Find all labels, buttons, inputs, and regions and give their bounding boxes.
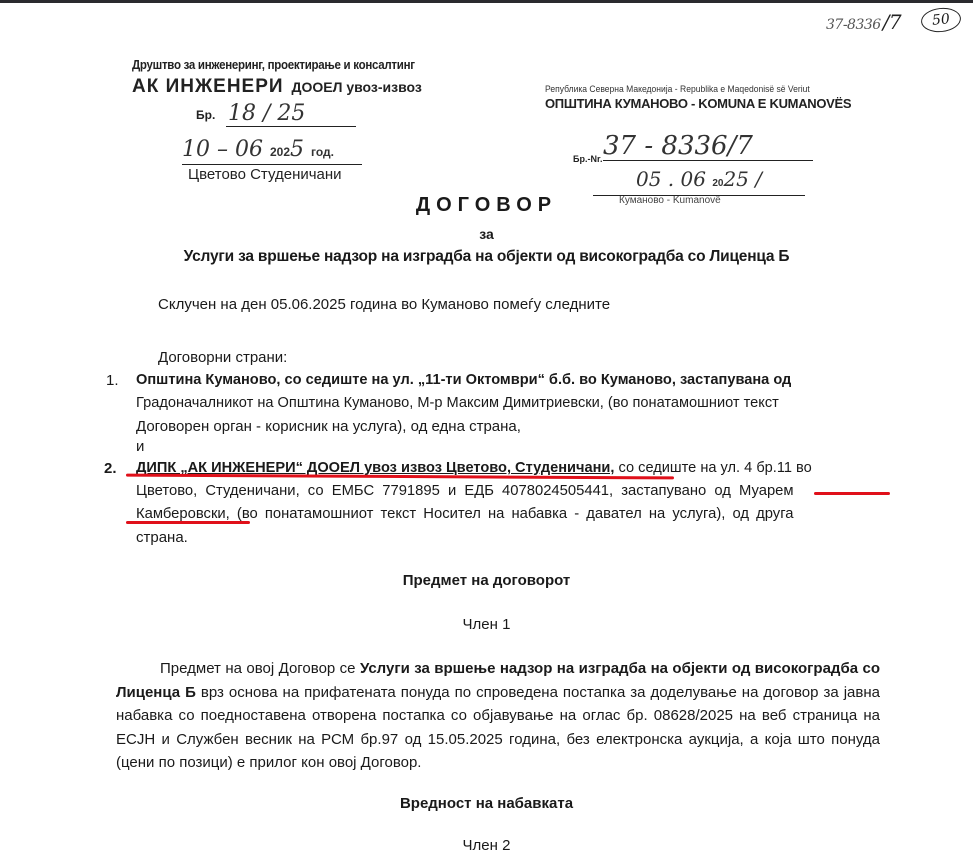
municipality-stamp: Република Северна Македонија - Republika… <box>545 84 845 111</box>
section1-heading: Предмет на договорот <box>0 569 973 592</box>
municipality-stamp-name: ОПШТИНА КУМАНОВО - KOMUNA E KUMANOVËS <box>545 96 845 111</box>
municipality-stamp-no-label: Бр.-Nr. <box>573 154 602 164</box>
party1-line2: Градоначалникот на Општина Куманово, М-р… <box>136 392 779 415</box>
concluded-statement: Склучен на ден 05.06.2025 година во Кума… <box>158 293 610 316</box>
company-stamp-place: Цветово Студеничани <box>188 166 342 183</box>
party2-line2: Цветово, Студеничани, со ЕМБС 7791895 и … <box>136 480 794 503</box>
company-stamp-year-label: год. <box>311 145 334 159</box>
article1-rest: врз основа на прифатената понуда по спро… <box>116 684 880 772</box>
red-underline-representative-last <box>126 521 250 524</box>
section1-article: Член 1 <box>0 613 973 636</box>
handwritten-ref-number: 37-8336 <box>826 17 881 33</box>
article1-body: Предмет на овој Договор се Услуги за врш… <box>116 657 880 775</box>
parties-label: Договорни страни: <box>158 346 287 369</box>
party1-line3: Договорен орган - корисник на услуга), о… <box>136 415 521 438</box>
and-connector: и <box>136 435 144 458</box>
company-stamp-reg-label: Бр. <box>196 108 215 122</box>
company-stamp-date: 10 – 06 2025 год. <box>182 138 362 165</box>
municipality-stamp-year-prefix: 20 <box>712 178 723 189</box>
page-number-circled: 50 <box>920 6 962 34</box>
top-frame-bar <box>0 0 973 3</box>
municipality-stamp-date-day-month: 05 . 06 <box>636 167 706 191</box>
company-stamp-year-suffix: 5 <box>290 137 304 162</box>
red-underline-representative-first <box>814 492 890 495</box>
document-subject: Услуги за вршење надзор на изградба на о… <box>0 248 973 266</box>
company-stamp-date-day-month: 10 – 06 <box>182 137 263 162</box>
municipality-stamp-year-suffix: 25 <box>723 167 748 191</box>
municipality-stamp-country: Република Северна Македонија - Republika… <box>545 84 830 94</box>
municipality-stamp-date: 05 . 06 2025 / <box>593 168 805 196</box>
party1-number: 1. <box>106 369 119 392</box>
party2-line4: страна. <box>136 526 188 549</box>
party2-number: 2. <box>104 457 117 480</box>
party1-name: Општина Куманово, со седиште на ул. „11-… <box>136 369 791 392</box>
company-stamp-name-suffix: ДООЕЛ увоз-извоз <box>292 79 422 95</box>
company-stamp-descriptor: Друштво за инженеринг, проектирање и кон… <box>132 58 408 72</box>
company-stamp-year-prefix: 202 <box>270 145 290 159</box>
article1-intro: Предмет на овој Договор се <box>160 660 360 677</box>
document-title: ДОГОВОР <box>0 194 973 217</box>
section2-article: Член 2 <box>0 834 973 857</box>
company-stamp-name: АК ИНЖЕНЕРИ <box>132 76 284 97</box>
municipality-stamp-no-value: 37 - 8336/7 <box>603 132 813 161</box>
company-stamp-reg-value: 18 / 25 <box>226 102 356 127</box>
handwritten-reference: 37-8336/7 <box>826 10 901 34</box>
party2-address: со седиште на ул. 4 бр.11 во <box>614 460 811 476</box>
company-stamp: Друштво за инженеринг, проектирање и кон… <box>132 58 432 98</box>
section2-heading: Вредност на набавката <box>0 792 973 815</box>
document-title-for: за <box>0 226 973 242</box>
handwritten-ref-suffix: /7 <box>883 10 901 34</box>
